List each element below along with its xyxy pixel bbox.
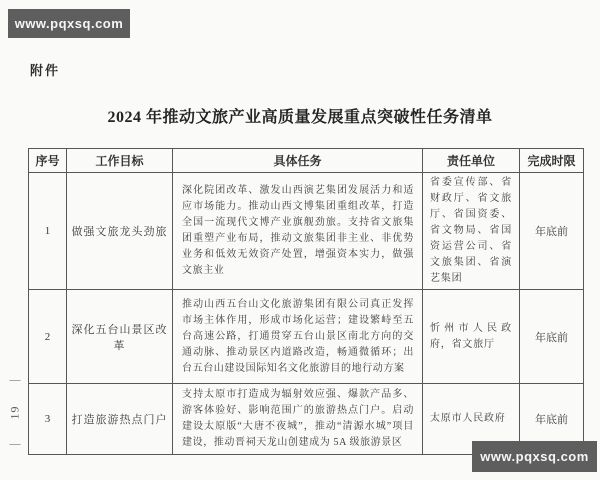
row-number-cell: 3 [29, 384, 67, 455]
page-title: 2024 年推动文旅产业高质量发展重点突破性任务清单 [0, 104, 600, 127]
deadline-cell: 年底前 [520, 173, 584, 290]
task-detail-cell: 深化院团改革、激发山西演艺集团发展活力和适应市场能力。推动山西文博集团重组改革，… [173, 173, 423, 290]
responsible-unit-cell: 忻州市人民政府，省文旅厅 [423, 290, 520, 384]
page-number: — 19 — [2, 376, 28, 448]
task-table: 序号 工作目标 具体任务 责任单位 完成时限 1 做强文旅龙头劲旅 深化院团改革… [28, 148, 584, 455]
row-number-cell: 1 [29, 173, 67, 290]
watermark-bottom-right: www.pqxsq.com [472, 441, 597, 472]
header-goal: 工作目标 [67, 149, 173, 173]
header-task: 具体任务 [173, 149, 423, 173]
attachment-label: 附件 [30, 60, 60, 79]
work-goal-cell: 打造旅游热点门户 [67, 384, 173, 455]
task-detail-cell: 推动山西五台山文化旅游集团有限公司真正发挥市场主体作用，形成市场化运营；建设繁峙… [173, 290, 423, 384]
table-header-row: 序号 工作目标 具体任务 责任单位 完成时限 [29, 149, 584, 173]
work-goal-cell: 深化五台山景区改革 [67, 290, 173, 384]
table-row: 1 做强文旅龙头劲旅 深化院团改革、激发山西演艺集团发展活力和适应市场能力。推动… [29, 173, 584, 290]
scanned-document-page: { "watermark": { "text": "www.pqxsq.com"… [0, 0, 600, 480]
work-goal-cell: 做强文旅龙头劲旅 [67, 173, 173, 290]
watermark-top-left: www.pqxsq.com [8, 9, 130, 38]
task-detail-cell: 支持太原市打造成为辐射效应强、爆款产品多、游客体验好、影响范围广的旅游热点门户。… [173, 384, 423, 455]
table-row: 2 深化五台山景区改革 推动山西五台山文化旅游集团有限公司真正发挥市场主体作用，… [29, 290, 584, 384]
row-number-cell: 2 [29, 290, 67, 384]
header-unit: 责任单位 [423, 149, 520, 173]
header-deadline: 完成时限 [520, 149, 584, 173]
header-no: 序号 [29, 149, 67, 173]
page-number-value: 19 [8, 405, 23, 419]
page-number-dash: — [10, 440, 21, 448]
responsible-unit-cell: 省委宣传部、省财政厅、省文旅厅、省国资委、省文物局、省国资运营公司、省文旅集团、… [423, 173, 520, 290]
watermark-text: www.pqxsq.com [480, 449, 589, 464]
deadline-cell: 年底前 [520, 290, 584, 384]
page-number-dash: — [10, 376, 21, 384]
watermark-text: www.pqxsq.com [15, 16, 124, 31]
